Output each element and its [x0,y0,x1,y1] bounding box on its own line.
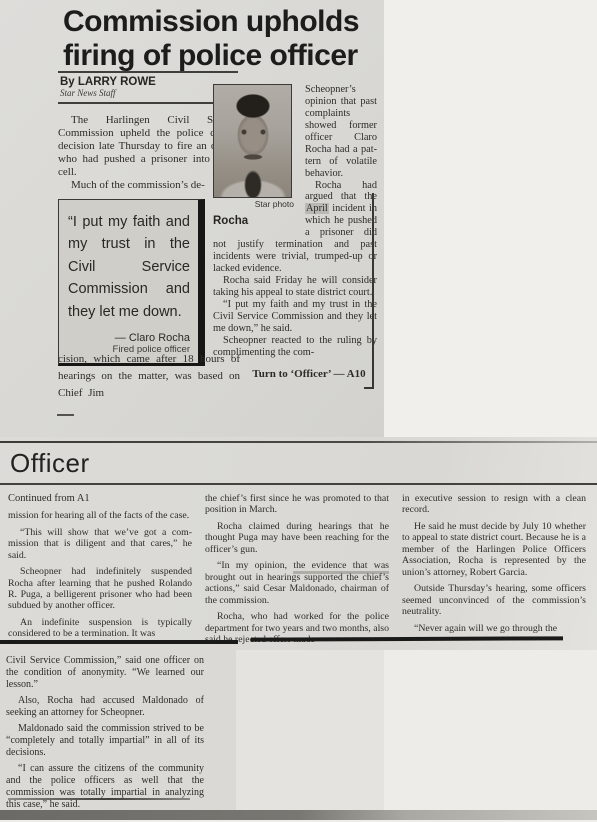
header-rule-top [0,441,597,443]
paragraph-segment: brought out in hearings supported the ch… [205,572,389,606]
highlighted-word: April [305,203,329,214]
newspaper-scan-page: Commission upholds firing of police offi… [0,0,597,822]
paragraph: An indefinite suspension is typically co… [8,617,192,640]
paragraph: “I put my faith and my trust in the Civi… [213,299,377,335]
column-rule [372,193,374,389]
jump-column-2: the chief’s first since he was promoted … [205,493,389,650]
paragraph: Rocha claimed during hearings that he th… [205,521,389,555]
paragraph: Outside Thursday’s hearing, some of­fice… [402,583,586,617]
blank-paper-area [236,650,384,810]
paragraph: Also, Rocha had accused Maldonado of see… [6,695,204,719]
byline-block: By LARRY ROWE Star News Staff [58,71,238,104]
paragraph-segment: Rocha had argued that the [305,180,377,203]
rocha-portrait-photo [213,84,292,198]
paragraph: He said he must decide by July 10 whethe… [402,521,586,578]
jump-columns: Continued from A1 mission for hearing al… [8,493,588,650]
paragraph: Civil Service Commission,” said one of­f… [6,655,204,691]
article-headline: Commission upholds firing of police offi… [63,5,377,73]
paragraph-with-underline-mark: “In my opinion, the evidence that was br… [205,560,389,606]
header-rule-bottom [0,483,597,485]
clipping-end-rule [8,798,190,800]
paragraph: “This will show that we’ve got a com­mis… [8,527,192,561]
photo-column: Star photo Rocha Scheopner’s opinion tha… [213,84,377,380]
bottom-clipping: Civil Service Commission,” said one of­f… [0,650,236,810]
pull-quote-box: “I put my faith and my trust in the Civi… [58,199,205,366]
paragraph: Scheopner had indefinitely suspended Roc… [8,566,192,612]
blank-paper-area [384,0,597,437]
front-page-clipping: Commission upholds firing of police offi… [0,0,384,438]
paragraph: Scheopner reacted to the rul­ing by comp… [213,335,377,359]
byline: By LARRY ROWE [60,76,238,88]
jump-page-clipping: Officer Continued from A1 mission for he… [0,437,597,650]
photo-name-label: Rocha [213,215,305,228]
headline-line-1: Commission upholds [63,5,377,39]
pull-quote-attribution: — Claro Rocha [68,332,190,344]
bottom-clipping-column: Civil Service Commission,” said one of­f… [6,655,204,815]
headline-line-2: firing of police officer [63,39,377,73]
paragraph: “Never again will we go through the [402,623,586,634]
paragraph: the chief’s first since he was promoted … [205,493,389,516]
photo-credit: Star photo [213,198,294,210]
clipping-edge-bar-left [0,640,238,644]
pencil-mark [57,414,74,416]
photo-block: Star photo Rocha [213,84,305,228]
jump-column-3: in executive session to resign with a cl… [402,493,586,650]
jump-column-1: Continued from A1 mission for hearing al… [8,493,192,650]
byline-organization: Star News Staff [60,88,238,98]
continued-line: Continued from A1 [8,493,192,505]
paragraph: in executive session to resign with a cl… [402,493,586,516]
column-rule-foot [364,387,374,389]
scan-edge-strip [0,810,597,820]
jump-headline: Officer [10,448,90,479]
jump-line: Turn to ‘Officer’ — A10 [213,368,377,381]
paragraph: mission for hearing all of the facts of … [8,510,192,521]
paragraph: Maldonado said the commission strived to… [6,723,204,759]
paragraph: Rocha said Friday he will con­sider taki… [213,275,377,299]
blank-paper-area [384,650,597,810]
paragraph: “I can assure the citizens of the com­mu… [6,763,204,811]
paragraph-segment: “In my opinion, [217,560,293,571]
pull-quote-text: “I put my faith and my trust in the Civi… [68,211,190,323]
